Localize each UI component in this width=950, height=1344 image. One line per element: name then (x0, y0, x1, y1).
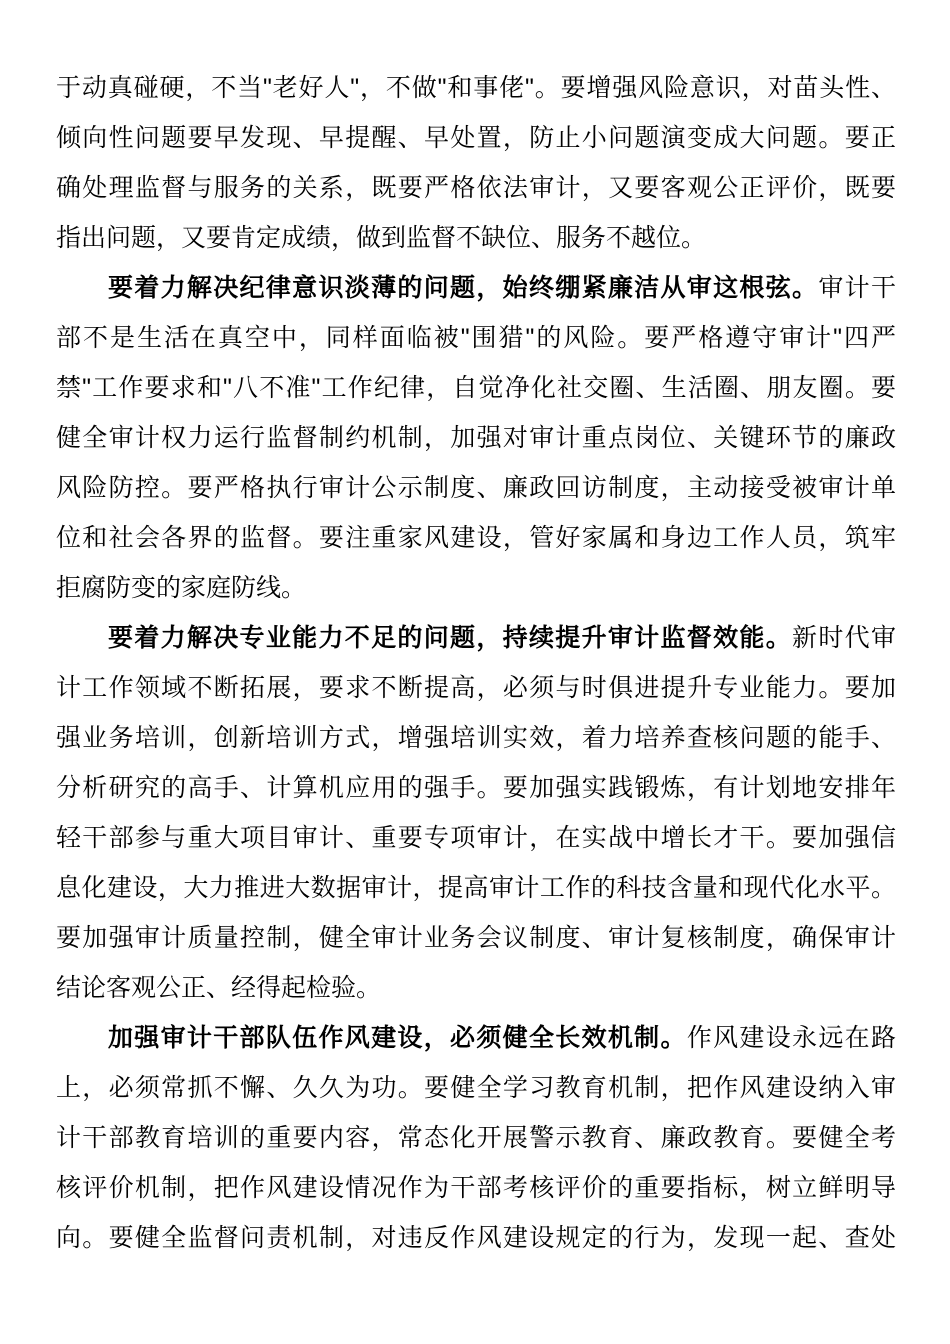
body-text: 向。要健全监督问责机制，对违反作风建设规定的行为，发现一起、查处 (56, 1224, 896, 1252)
body-text: 作风建设永远在路 (687, 1024, 896, 1052)
text-line: 核评价机制，把作风建设情况作为干部考核评价的重要指标，树立鲜明导 (56, 1163, 896, 1213)
text-line: 要着力解决专业能力不足的问题，持续提升审计监督效能。新时代审 (56, 613, 896, 663)
body-text: 结论客观公正、经得起检验。 (56, 974, 381, 1002)
body-text: 要加强审计质量控制，健全审计业务会议制度、审计复核制度，确保审计 (56, 924, 896, 952)
text-line: 计干部教育培训的重要内容，常态化开展警示教育、廉政教育。要健全考 (56, 1113, 896, 1163)
body-text: 审计干 (818, 274, 896, 302)
paragraph-continuation: 于动真碰硬，不当"老好人"，不做"和事佬"。要增强风险意识，对苗头性、倾向性问题… (56, 63, 896, 263)
body-text: 强业务培训，创新培训方式，增强培训实效，着力培养查核问题的能手、 (56, 724, 896, 752)
text-line: 位和社会各界的监督。要注重家风建设，管好家属和身边工作人员，筑牢 (56, 513, 896, 563)
text-line: 结论客观公正、经得起检验。 (56, 963, 896, 1013)
body-text: 指出问题，又要肯定成绩，做到监督不缺位、服务不越位。 (56, 224, 706, 252)
text-line: 向。要健全监督问责机制，对违反作风建设规定的行为，发现一起、查处 (56, 1213, 896, 1263)
body-text: 于动真碰硬，不当"老好人"，不做"和事佬"。要增强风险意识，对苗头性、 (56, 74, 896, 102)
body-text: 计干部教育培训的重要内容，常态化开展警示教育、廉政教育。要健全考 (56, 1124, 896, 1152)
text-line: 部不是生活在真空中，同样面临被"围猎"的风险。要严格遵守审计"四严 (56, 313, 896, 363)
body-text: 新时代审 (792, 624, 896, 652)
text-line: 计工作领域不断拓展，要求不断提高，必须与时俱进提升专业能力。要加 (56, 663, 896, 713)
bold-lead-text: 加强审计干部队伍作风建设，必须健全长效机制。 (108, 1024, 687, 1052)
body-text: 拒腐防变的家庭防线。 (56, 574, 306, 602)
text-line: 要加强审计质量控制，健全审计业务会议制度、审计复核制度，确保审计 (56, 913, 896, 963)
text-line: 分析研究的高手、计算机应用的强手。要加强实践锻炼，有计划地安排年 (56, 763, 896, 813)
document-page: 于动真碰硬，不当"老好人"，不做"和事佬"。要增强风险意识，对苗头性、倾向性问题… (0, 0, 950, 1344)
body-text: 位和社会各界的监督。要注重家风建设，管好家属和身边工作人员，筑牢 (56, 524, 896, 552)
body-text: 核评价机制，把作风建设情况作为干部考核评价的重要指标，树立鲜明导 (56, 1174, 896, 1202)
text-line: 息化建设，大力推进大数据审计，提高审计工作的科技含量和现代化水平。 (56, 863, 896, 913)
text-line: 轻干部参与重大项目审计、重要专项审计，在实战中增长才干。要加强信 (56, 813, 896, 863)
text-line: 于动真碰硬，不当"老好人"，不做"和事佬"。要增强风险意识，对苗头性、 (56, 63, 896, 113)
body-text: 上，必须常抓不懈、久久为功。要健全学习教育机制，把作风建设纳入审 (56, 1074, 896, 1102)
text-line: 加强审计干部队伍作风建设，必须健全长效机制。作风建设永远在路 (56, 1013, 896, 1063)
text-line: 指出问题，又要肯定成绩，做到监督不缺位、服务不越位。 (56, 213, 896, 263)
body-text: 部不是生活在真空中，同样面临被"围猎"的风险。要严格遵守审计"四严 (56, 324, 896, 352)
bold-lead-text: 要着力解决纪律意识淡薄的问题，始终绷紧廉洁从审这根弦。 (108, 274, 818, 302)
body-text: 计工作领域不断拓展，要求不断提高，必须与时俱进提升专业能力。要加 (56, 674, 896, 702)
paragraph-professional-ability: 要着力解决专业能力不足的问题，持续提升审计监督效能。新时代审计工作领域不断拓展，… (56, 613, 896, 1013)
text-line: 确处理监督与服务的关系，既要严格依法审计，又要客观公正评价，既要 (56, 163, 896, 213)
text-line: 强业务培训，创新培训方式，增强培训实效，着力培养查核问题的能手、 (56, 713, 896, 763)
paragraph-discipline-awareness: 要着力解决纪律意识淡薄的问题，始终绷紧廉洁从审这根弦。审计干部不是生活在真空中，… (56, 263, 896, 613)
text-line: 拒腐防变的家庭防线。 (56, 563, 896, 613)
bold-lead-text: 要着力解决专业能力不足的问题，持续提升审计监督效能。 (108, 624, 792, 652)
body-text: 确处理监督与服务的关系，既要严格依法审计，又要客观公正评价，既要 (56, 174, 896, 202)
text-line: 上，必须常抓不懈、久久为功。要健全学习教育机制，把作风建设纳入审 (56, 1063, 896, 1113)
text-line: 禁"工作要求和"八不准"工作纪律，自觉净化社交圈、生活圈、朋友圈。要 (56, 363, 896, 413)
text-line: 健全审计权力运行监督制约机制，加强对审计重点岗位、关键环节的廉政 (56, 413, 896, 463)
text-line: 风险防控。要严格执行审计公示制度、廉政回访制度，主动接受被审计单 (56, 463, 896, 513)
paragraph-work-style: 加强审计干部队伍作风建设，必须健全长效机制。作风建设永远在路上，必须常抓不懈、久… (56, 1013, 896, 1263)
body-text: 健全审计权力运行监督制约机制，加强对审计重点岗位、关键环节的廉政 (56, 424, 896, 452)
body-text: 息化建设，大力推进大数据审计，提高审计工作的科技含量和现代化水平。 (56, 874, 896, 902)
text-line: 倾向性问题要早发现、早提醒、早处置，防止小问题演变成大问题。要正 (56, 113, 896, 163)
text-line: 要着力解决纪律意识淡薄的问题，始终绷紧廉洁从审这根弦。审计干 (56, 263, 896, 313)
body-text: 风险防控。要严格执行审计公示制度、廉政回访制度，主动接受被审计单 (56, 474, 896, 502)
body-text: 倾向性问题要早发现、早提醒、早处置，防止小问题演变成大问题。要正 (56, 124, 896, 152)
body-text: 禁"工作要求和"八不准"工作纪律，自觉净化社交圈、生活圈、朋友圈。要 (56, 374, 896, 402)
body-text: 轻干部参与重大项目审计、重要专项审计，在实战中增长才干。要加强信 (56, 824, 896, 852)
body-text: 分析研究的高手、计算机应用的强手。要加强实践锻炼，有计划地安排年 (56, 774, 896, 802)
